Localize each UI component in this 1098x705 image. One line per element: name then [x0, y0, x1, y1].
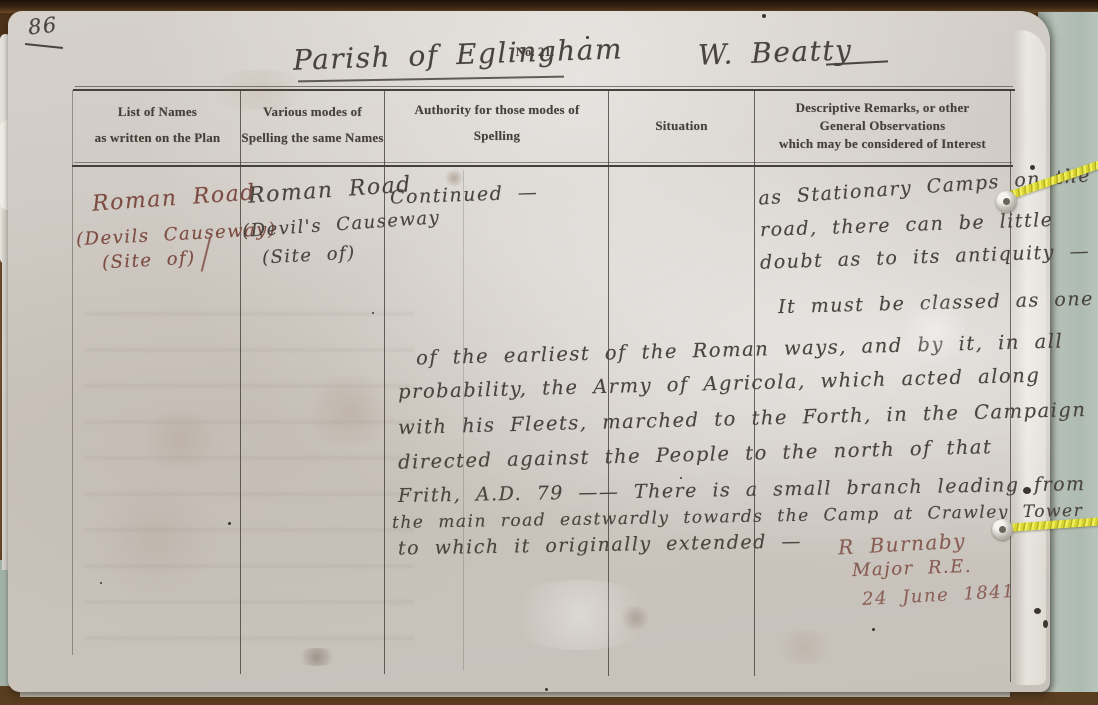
- col-header-remarks-line1: Descriptive Remarks, or other: [755, 100, 1010, 116]
- col-header-names-line1: List of Names: [75, 104, 240, 120]
- col-divider-1: [240, 90, 241, 674]
- photo-scene: 86 Parish of Eglingham No. 21. W. Beatty…: [0, 0, 1098, 705]
- folio-number: 86: [27, 13, 59, 40]
- page-right-margin: [1014, 30, 1046, 685]
- col-header-names-line2: as written on the Plan: [75, 130, 240, 146]
- col-header-authority-line2: Spelling: [385, 128, 609, 144]
- sheet-number: No. 21.: [505, 45, 565, 60]
- surveyor-signature: W. Beatty: [697, 33, 852, 71]
- table-left-border: [72, 90, 73, 655]
- col-header-remarks-line2: General Observations: [755, 118, 1010, 134]
- header-bottom-rule-thin: [74, 162, 1012, 163]
- col-header-spelling-line2: Spelling the same Names: [240, 130, 385, 146]
- binding-eyelet-bottom: [992, 519, 1013, 540]
- col-header-situation: Situation: [609, 118, 754, 134]
- binding-eyelet-top: [996, 191, 1017, 212]
- col-header-authority-line1: Authority for those modes of: [385, 102, 609, 118]
- col-header-remarks-line3: which may be considered of Interest: [755, 136, 1010, 152]
- header-bottom-rule: [72, 165, 1013, 167]
- officer-rank: Major R.E.: [852, 556, 973, 581]
